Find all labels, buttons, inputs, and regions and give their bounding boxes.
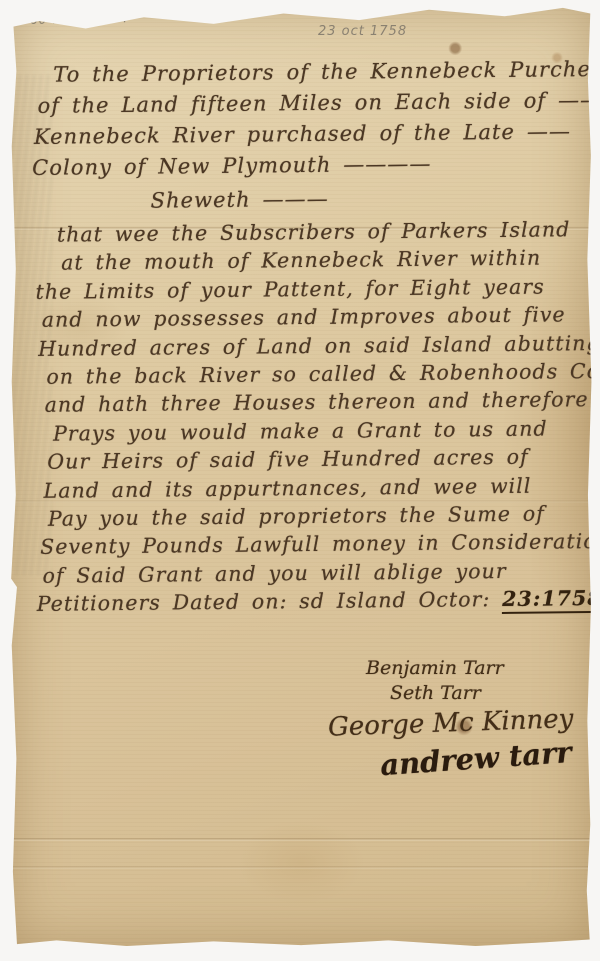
fold-crease <box>10 866 592 869</box>
closing-line-text: Petitioners Dated on: sd Island Octor: <box>37 587 503 616</box>
closing-line: Petitioners Dated on: sd Island Octor: 2… <box>37 584 585 618</box>
heading-line: Kennebeck River purchased of the Late —— <box>34 116 580 153</box>
fold-crease <box>10 838 592 841</box>
manuscript-page: 60-B7F2-023 . 23 oct 1758 To the Proprie… <box>10 5 592 947</box>
salutation-line: Sheweth ——— <box>150 178 580 220</box>
scan-background: 60-B7F2-023 . 23 oct 1758 To the Proprie… <box>0 0 600 961</box>
petition-text: To the Proprietors of the Kennebeck Purc… <box>31 54 585 618</box>
signature-block: Benjamin Tarr Seth Tarr George Mc Kinney… <box>310 655 590 776</box>
pencil-date-note: 23 oct 1758 <box>318 24 407 39</box>
catalog-number: 60-B7F2-023 . <box>30 11 128 27</box>
closing-date: 23:1758 <box>502 586 600 614</box>
signature: Benjamin Tarr <box>366 655 590 681</box>
